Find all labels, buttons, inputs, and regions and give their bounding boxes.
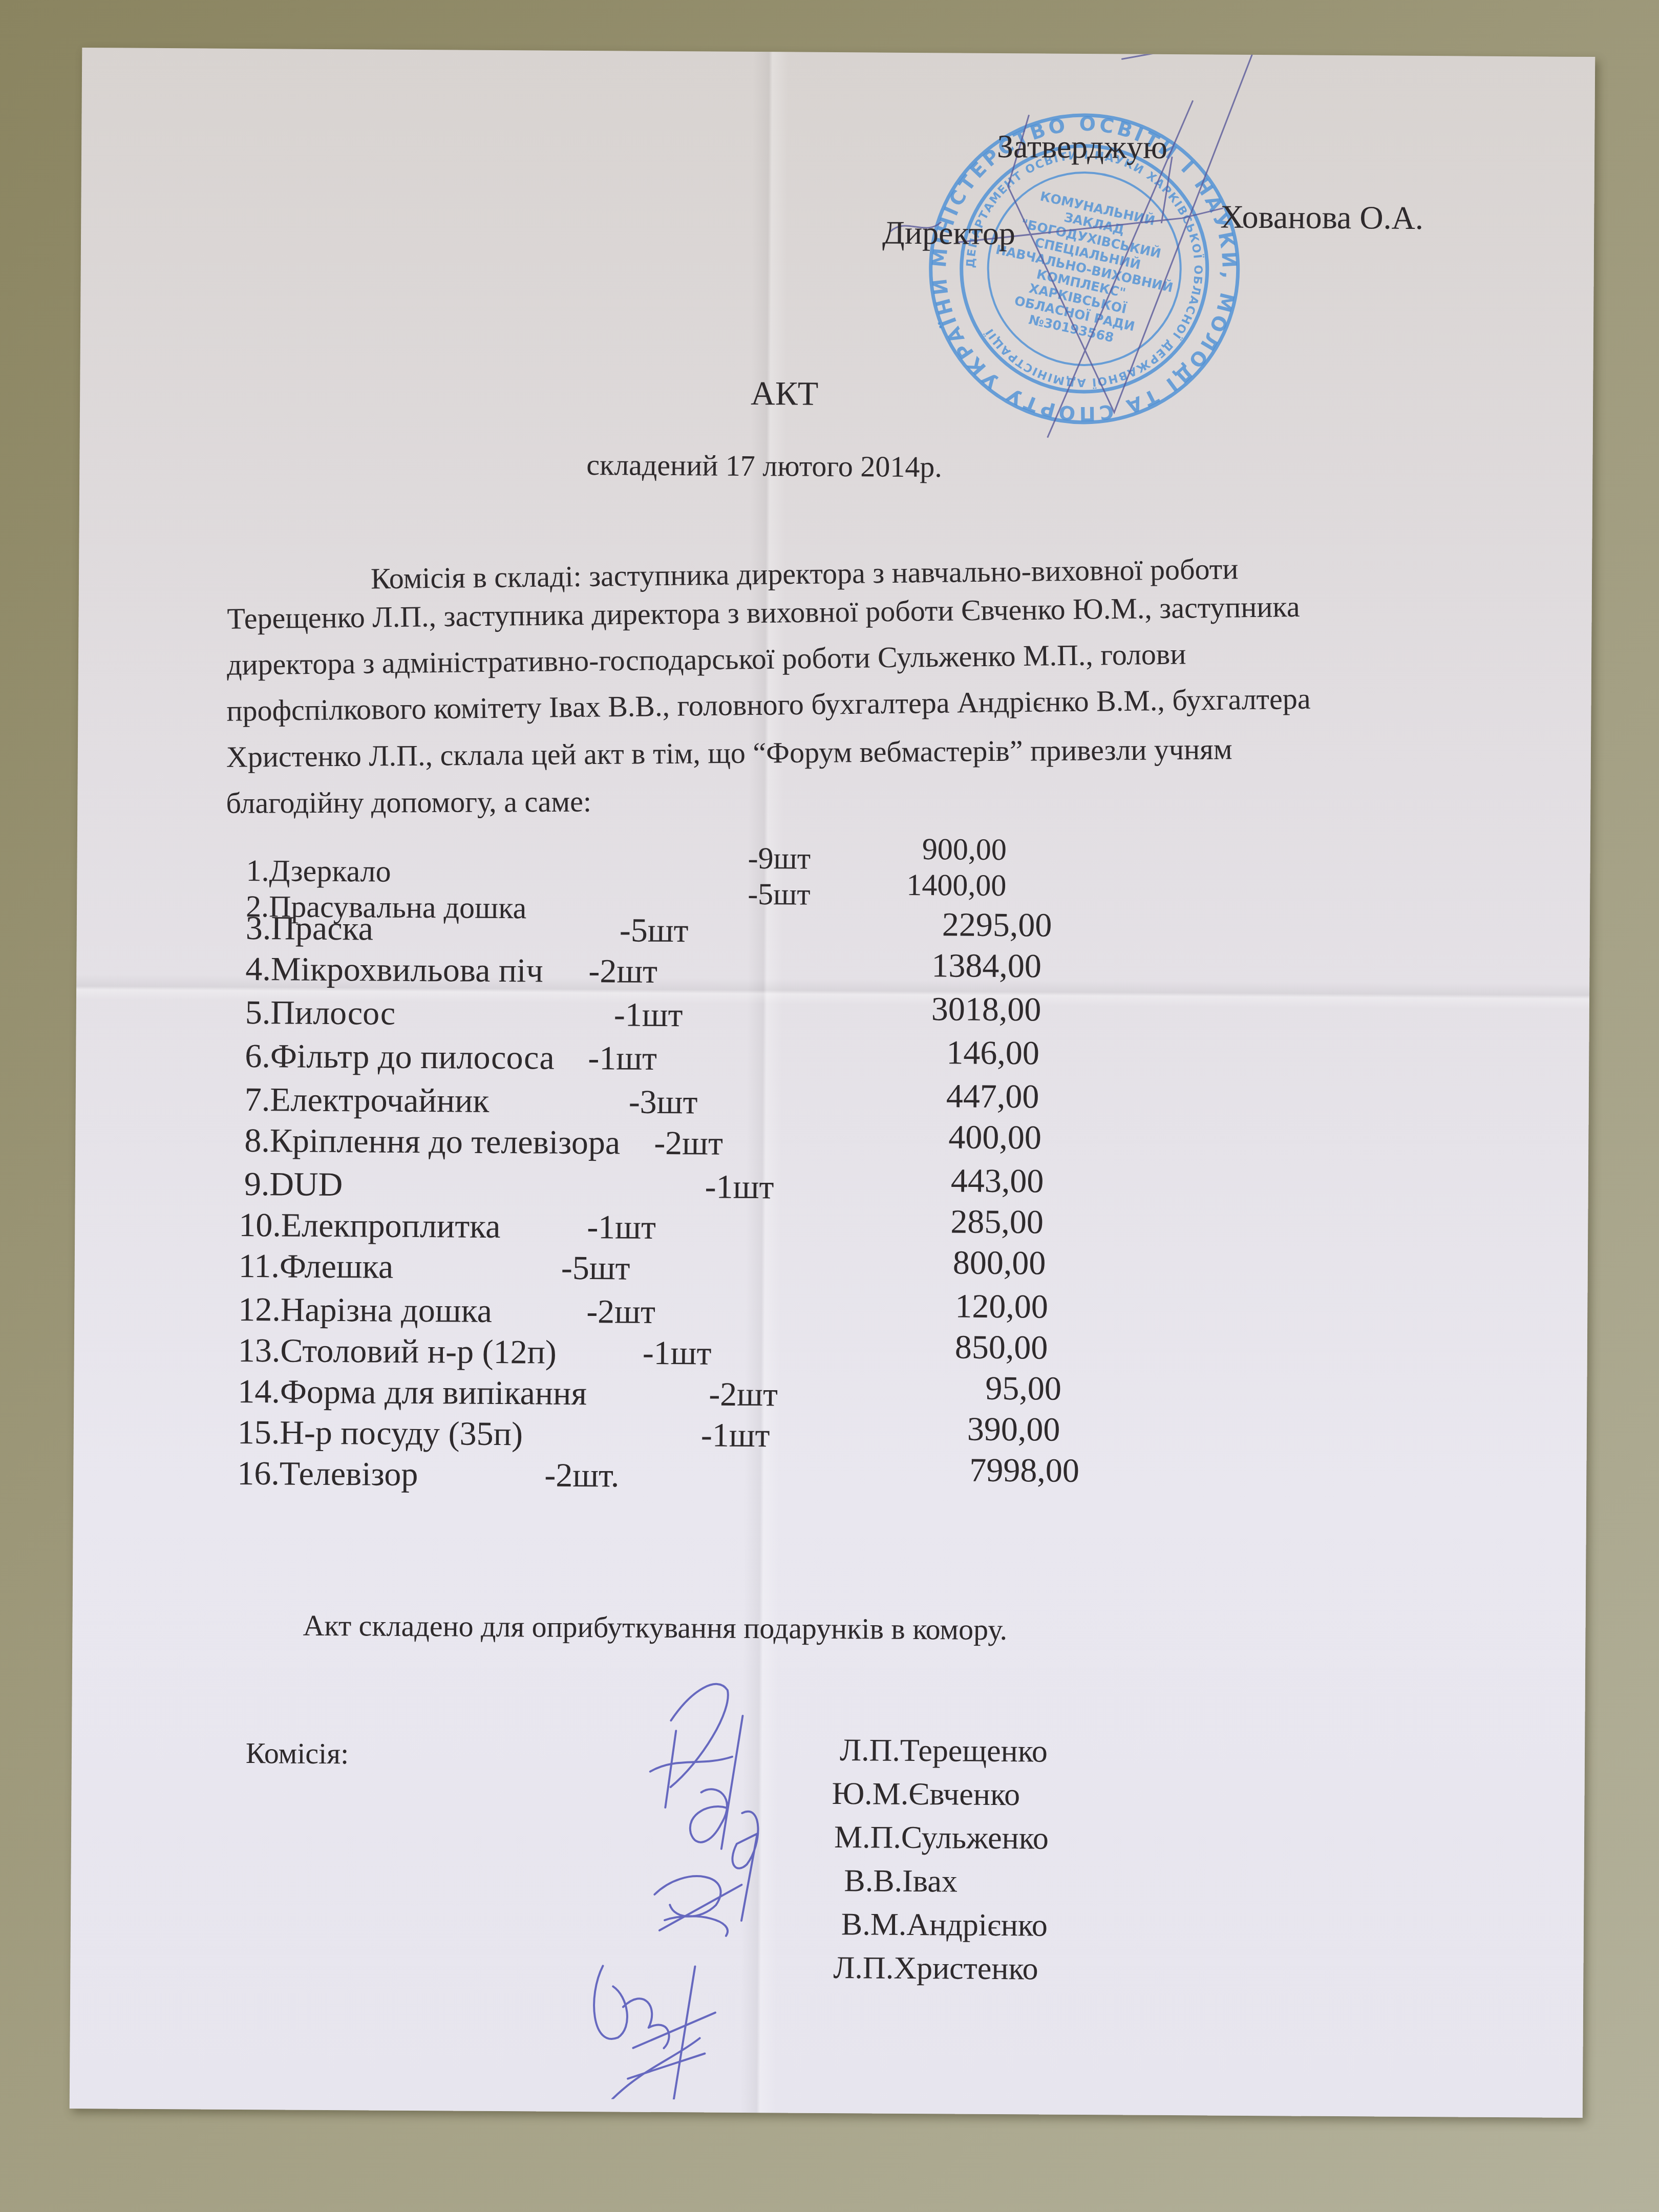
committee-label: Комісія:: [246, 1738, 349, 1769]
item-name: 4.Мікрохвильова піч: [245, 952, 543, 988]
item-amount: 443,00: [951, 1164, 1044, 1198]
item-amount: 800,00: [953, 1246, 1046, 1280]
item-quantity: -1шт: [643, 1336, 712, 1371]
item-name: 14.Форма для випікання: [238, 1375, 587, 1411]
item-name: 1.Дзеркало: [246, 855, 391, 887]
item-quantity: -5шт: [620, 913, 689, 948]
item-name: 5.Пилосос: [245, 996, 396, 1031]
body-line: профспілкового комітету Івах В.В., голов…: [226, 684, 1311, 726]
approve-label: Затверджую: [997, 130, 1167, 164]
item-amount: 900,00: [922, 834, 1007, 865]
item-quantity: -3шт: [629, 1086, 698, 1120]
item-amount: 1384,00: [931, 949, 1041, 983]
item-name: 3.Праска: [246, 911, 374, 946]
item-quantity: -5шт: [561, 1251, 630, 1286]
item-name: 8.Кріплення до телевізора: [244, 1124, 620, 1160]
body-line: Комісія в складі: заступника директора з…: [371, 554, 1239, 593]
item-amount: 146,00: [946, 1036, 1039, 1070]
item-quantity: -1шт: [614, 998, 683, 1032]
item-quantity: -1шт: [705, 1170, 774, 1204]
item-quantity: -1шт: [588, 1041, 657, 1076]
item-quantity: -2шт.: [544, 1459, 620, 1493]
item-quantity: -2шт: [654, 1126, 723, 1161]
item-amount: 390,00: [967, 1413, 1060, 1447]
item-name: 9.DUD: [244, 1167, 343, 1202]
item-amount: 285,00: [950, 1205, 1044, 1239]
item-amount: 400,00: [948, 1120, 1041, 1155]
body-line: директора з адміністративно-господарсько…: [227, 640, 1186, 680]
item-amount: 120,00: [955, 1289, 1048, 1324]
body-line: Христенко Л.П., склала цей акт в тім, що…: [226, 734, 1232, 772]
item-name: 13.Столовий н-р (12п): [238, 1334, 557, 1370]
document-title: АКТ: [751, 377, 818, 411]
item-quantity: -9шт: [748, 843, 811, 874]
item-quantity: -2шт: [588, 954, 657, 989]
item-name: 6.Фільтр до пилососа: [245, 1039, 555, 1075]
body-line: благодійну допомогу, а саме:: [226, 787, 591, 818]
item-amount: 3018,00: [931, 992, 1041, 1027]
item-quantity: -2шт: [586, 1295, 655, 1329]
statement: Акт складено для оприбуткування подарунк…: [303, 1611, 1007, 1645]
item-amount: 447,00: [946, 1079, 1039, 1114]
item-name: 7.Електрочайник: [245, 1083, 490, 1118]
committee-signatures: [571, 1679, 881, 2101]
document-sheet: МІНІСТЕРСТВО ОСВІТИ І НАУКИ, МОЛОДІ ТА С…: [70, 48, 1596, 2118]
item-amount: 7998,00: [969, 1454, 1079, 1488]
item-amount: 95,00: [985, 1372, 1061, 1406]
director-name: Хованова О.А.: [1220, 201, 1423, 235]
item-amount: 1400,00: [906, 869, 1006, 901]
item-quantity: -5шт: [748, 879, 811, 910]
director-position: Директор: [882, 217, 1015, 250]
item-quantity: -1шт: [701, 1418, 770, 1453]
document-date: складений 17 лютого 2014р.: [586, 450, 942, 482]
item-name: 15.Н-р посуду (35п): [238, 1416, 523, 1451]
item-amount: 2295,00: [942, 908, 1052, 942]
item-name: 10.Елекпроплитка: [239, 1208, 501, 1244]
item-name: 16.Телевізор: [237, 1457, 418, 1492]
item-name: 11.Флешка: [239, 1249, 394, 1284]
item-quantity: -2шт: [709, 1378, 778, 1412]
body-line: Терещенко Л.П., заступника директора з в…: [227, 592, 1300, 634]
item-amount: 850,00: [955, 1330, 1048, 1365]
item-quantity: -1шт: [587, 1210, 656, 1245]
item-name: 12.Нарізна дошка: [238, 1293, 492, 1328]
